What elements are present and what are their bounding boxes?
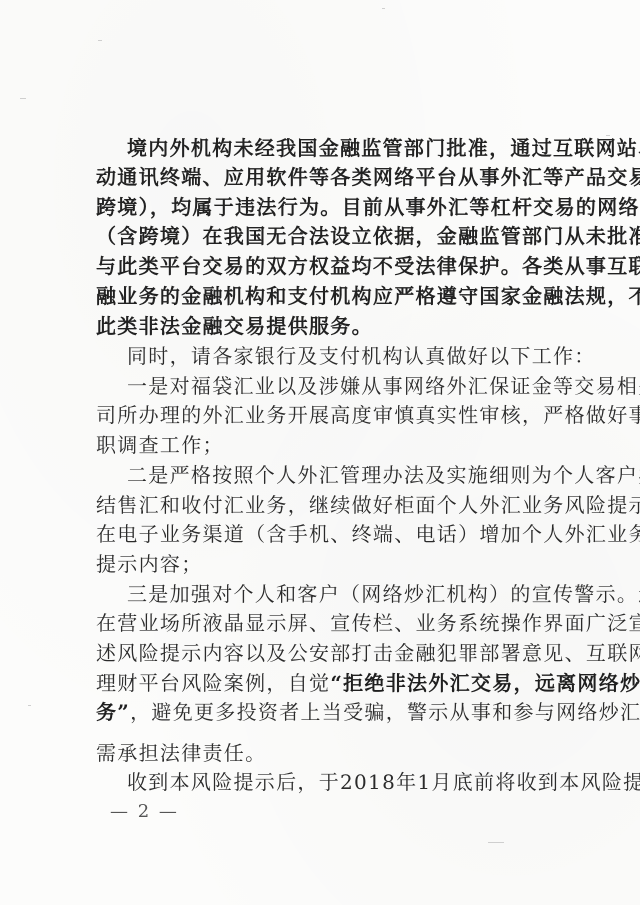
text-line-17: 在营业场所液晶显示屏、宣传栏、业务系统操作界面广泛宣传上	[96, 611, 568, 635]
scan-speck	[20, 98, 26, 99]
text-line-2: 动通讯终端、应用软件等各类网络平台从事外汇等产品交易（含	[96, 165, 568, 189]
text-line-21: 需承担法律责任。	[96, 741, 266, 765]
bold-quote-segment: “拒绝非法外汇交易，远离网络炒汇业	[330, 671, 640, 695]
text-line-11: 职调查工作；	[96, 433, 224, 457]
text-line-19: 理财平台风险案例，自觉“拒绝非法外汇交易，远离网络炒汇业	[96, 671, 568, 695]
text-line-18: 述风险提示内容以及公安部打击金融犯罪部署意见、互联网外汇	[96, 641, 568, 665]
document-page: 境内外机构未经我国金融监管部门批准，通过互联网站、移 动通讯终端、应用软件等各类…	[0, 0, 640, 905]
text-line-20: 务”，避免更多投资者上当受骗，警示从事和参与网络炒汇者均	[96, 700, 568, 724]
scan-speck	[98, 40, 102, 41]
text-line-14: 在电子业务渠道（含手机、终端、电话）增加个人外汇业务风险	[96, 522, 568, 546]
text-line-1: 境内外机构未经我国金融监管部门批准，通过互联网站、移	[127, 136, 568, 160]
bold-quote-segment: 务”	[96, 700, 130, 724]
text-line-8: 同时，请各家银行及支付机构认真做好以下工作：	[127, 344, 596, 368]
text-plain-segment: 理财平台风险案例，自觉	[96, 671, 330, 695]
text-line-13: 结售汇和收付汇业务，继续做好柜面个人外汇业务风险提示，并	[96, 493, 568, 517]
page-number: — 2 —	[110, 800, 179, 824]
text-line-15: 提示内容；	[96, 552, 203, 576]
text-line-6: 融业务的金融机构和支付机构应严格遵守国家金融法规，不得为	[96, 284, 568, 308]
text-line-12: 二是严格按照个人外汇管理办法及实施细则为个人客户办理	[127, 463, 568, 487]
text-line-22: 收到本风险提示后，于2018年1月底前将收到本风险提示后开	[127, 770, 568, 794]
text-line-9: 一是对福袋汇业以及涉嫌从事网络外汇保证金等交易相关公	[127, 374, 568, 398]
text-line-4: （含跨境）在我国无合法设立依据，金融监管部门从未批准，参	[96, 224, 568, 248]
text-line-10: 司所办理的外汇业务开展高度审慎真实性审核，严格做好事前尽	[96, 403, 568, 427]
text-line-16: 三是加强对个人和客户（网络炒汇机构）的宣传警示。通过	[127, 582, 568, 606]
scan-speck	[488, 842, 504, 843]
text-plain-segment: ，避免更多投资者上当受骗，警示从事和参与网络炒汇者均	[130, 700, 640, 724]
text-line-7: 此类非法金融交易提供服务。	[96, 314, 373, 338]
scan-speck	[606, 135, 610, 136]
scan-speck	[28, 705, 31, 706]
scan-speck	[382, 8, 385, 9]
text-line-5: 与此类平台交易的双方权益均不受法律保护。各类从事互联网金	[96, 254, 568, 278]
text-line-3: 跨境），均属于违法行为。目前从事外汇等杠杆交易的网络平台	[96, 195, 568, 219]
